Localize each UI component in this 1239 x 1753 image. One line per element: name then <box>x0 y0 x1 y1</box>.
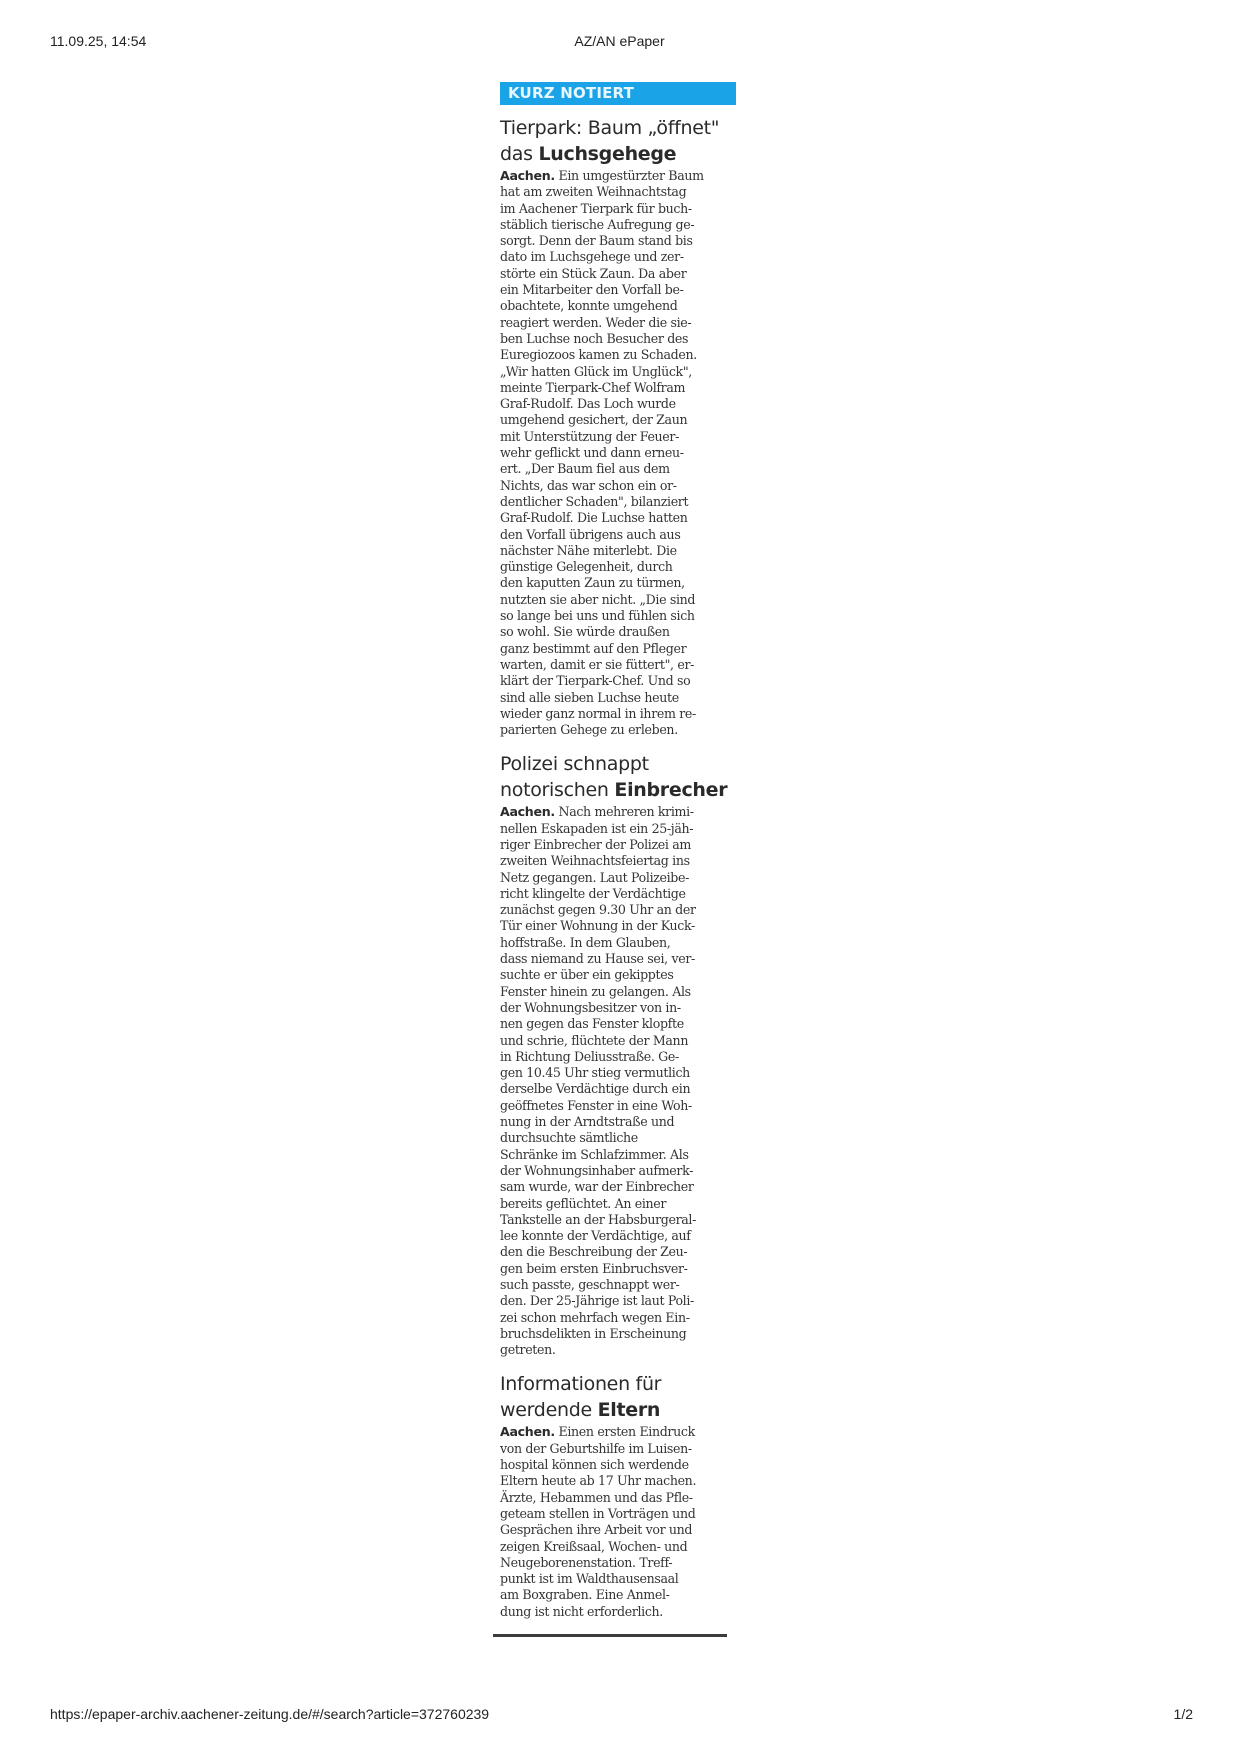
headline-normal-part: notorischen <box>500 779 614 801</box>
body-line: Tür einer Wohnung in der Kuck- <box>500 918 736 934</box>
body-line: lee konnte der Verdächtige, auf <box>500 1228 736 1244</box>
body-line: getreten. <box>500 1342 736 1358</box>
body-line: den Vorfall übrigens auch aus <box>500 527 736 543</box>
body-line: ert. „Der Baum fiel aus dem <box>500 461 736 477</box>
body-line: günstige Gelegenheit, durch <box>500 559 736 575</box>
body-line: mit Unterstützung der Feuer- <box>500 429 736 445</box>
body-line: reagiert werden. Weder die sie- <box>500 315 736 331</box>
body-line: hospital können sich werdende <box>500 1457 736 1473</box>
body-line: riger Einbrecher der Polizei am <box>500 837 736 853</box>
article-tierpark: Tierpark: Baum „öffnet" das Luchsgehege … <box>500 115 736 738</box>
body-first-line: Aachen. Nach mehreren krimi- <box>500 804 736 820</box>
body-line: Eltern heute ab 17 Uhr machen. <box>500 1473 736 1489</box>
print-header: AZ/AN ePaper 11.09.25, 14:54 <box>0 33 1239 53</box>
body-line: bruchsdelikten in Erscheinung <box>500 1326 736 1342</box>
body-line: Euregiozoos kamen zu Schaden. <box>500 347 736 363</box>
body-line: dung ist nicht erforderlich. <box>500 1604 736 1620</box>
print-datetime: 11.09.25, 14:54 <box>50 33 146 49</box>
body-first-line: Aachen. Einen ersten Eindruck <box>500 1424 736 1440</box>
first-line-text: Einen ersten Eindruck <box>555 1424 695 1439</box>
body-line: meinte Tierpark-Chef Wolfram <box>500 380 736 396</box>
body-line: parierten Gehege zu erleben. <box>500 722 736 738</box>
body-line: ganz bestimmt auf den Pfleger <box>500 641 736 657</box>
dateline: Aachen. <box>500 1424 555 1439</box>
body-line: durchsuchte sämtliche <box>500 1130 736 1146</box>
body-line: zweiten Weihnachtsfeiertag ins <box>500 853 736 869</box>
headline-bold-part: Luchsgehege <box>538 143 676 165</box>
body-line: in Richtung Deliusstraße. Ge- <box>500 1049 736 1065</box>
body-line: bereits geflüchtet. An einer <box>500 1196 736 1212</box>
body-line: und schrie, flüchtete der Mann <box>500 1033 736 1049</box>
print-page-title: AZ/AN ePaper <box>0 33 1239 49</box>
headline-line-1: Polizei schnappt <box>500 751 736 777</box>
section-label-kurz-notiert: KURZ NOTIERT <box>500 82 736 105</box>
body-line: „Wir hatten Glück im Unglück", <box>500 364 736 380</box>
body-line: Fenster hinein zu gelangen. Als <box>500 984 736 1000</box>
body-line: der Wohnungsbesitzer von in- <box>500 1000 736 1016</box>
body-line: Graf-Rudolf. Die Luchse hatten <box>500 510 736 526</box>
body-line: den. Der 25-Jährige ist laut Poli- <box>500 1293 736 1309</box>
body-line: Neugeborenenstation. Treff- <box>500 1555 736 1571</box>
dateline: Aachen. <box>500 168 555 183</box>
print-page-number: 1/2 <box>1174 1706 1193 1722</box>
body-line: zei schon mehrfach wegen Ein- <box>500 1310 736 1326</box>
body-line: gen 10.45 Uhr stieg vermutlich <box>500 1065 736 1081</box>
article-polizei: Polizei schnappt notorischen Einbrecher … <box>500 751 736 1358</box>
article-eltern: Informationen für werdende Eltern Aachen… <box>500 1371 736 1620</box>
body-line: umgehend gesichert, der Zaun <box>500 412 736 428</box>
body-line: nächster Nähe miterlebt. Die <box>500 543 736 559</box>
print-footer: https://epaper-archiv.aachener-zeitung.d… <box>0 1706 1239 1726</box>
body-line: dato im Luchsgehege und zer- <box>500 249 736 265</box>
article-body: Aachen. Ein umgestürzter Baum hat am zwe… <box>500 168 736 738</box>
body-line: den kaputten Zaun zu türmen, <box>500 575 736 591</box>
body-line: nen gegen das Fenster klopfte <box>500 1016 736 1032</box>
body-line: dentlicher Schaden", bilanziert <box>500 494 736 510</box>
headline-normal-part: werdende <box>500 1399 598 1421</box>
body-line: Graf-Rudolf. Das Loch wurde <box>500 396 736 412</box>
body-line: Schränke im Schlafzimmer. Als <box>500 1147 736 1163</box>
body-first-line: Aachen. Ein umgestürzter Baum <box>500 168 736 184</box>
body-line: wehr geflickt und dann erneu- <box>500 445 736 461</box>
body-line: zeigen Kreißsaal, Wochen- und <box>500 1539 736 1555</box>
article-body: Aachen. Einen ersten Eindruck von der Ge… <box>500 1424 736 1620</box>
body-line: suchte er über ein gekipptes <box>500 967 736 983</box>
body-line: punkt ist im Waldthausensaal <box>500 1571 736 1587</box>
body-line: klärt der Tierpark-Chef. Und so <box>500 673 736 689</box>
dateline: Aachen. <box>500 804 555 819</box>
body-line: so lange bei uns und fühlen sich <box>500 608 736 624</box>
body-line: ben Luchse noch Besucher des <box>500 331 736 347</box>
headline-line-2: das Luchsgehege <box>500 141 736 167</box>
first-line-text: Ein umgestürzter Baum <box>555 168 704 183</box>
body-line: Ärzte, Hebammen und das Pfle- <box>500 1490 736 1506</box>
body-line: nellen Eskapaden ist ein 25-jäh- <box>500 821 736 837</box>
article-body: Aachen. Nach mehreren krimi- nellen Eska… <box>500 804 736 1358</box>
body-line: ein Mitarbeiter den Vorfall be- <box>500 282 736 298</box>
headline-line-2: werdende Eltern <box>500 1397 736 1423</box>
body-line: sam wurde, war der Einbrecher <box>500 1179 736 1195</box>
body-line: am Boxgraben. Eine Anmel- <box>500 1587 736 1603</box>
body-line: den die Beschreibung der Zeu- <box>500 1244 736 1260</box>
body-line: dass niemand zu Hause sei, ver- <box>500 951 736 967</box>
body-line: Netz gegangen. Laut Polizeibe- <box>500 870 736 886</box>
headline-line-1: Informationen für <box>500 1371 736 1397</box>
body-line: nung in der Arndtstraße und <box>500 1114 736 1130</box>
newspaper-clipping: KURZ NOTIERT Tierpark: Baum „öffnet" das… <box>500 82 736 1637</box>
body-line: so wohl. Sie würde draußen <box>500 624 736 640</box>
body-line: von der Geburtshilfe im Luisen- <box>500 1441 736 1457</box>
body-line: Gesprächen ihre Arbeit vor und <box>500 1522 736 1538</box>
headline-bold-part: Eltern <box>598 1399 661 1421</box>
body-line: sind alle sieben Luchse heute <box>500 690 736 706</box>
article-headline: Informationen für werdende Eltern <box>500 1371 736 1423</box>
body-line: derselbe Verdächtige durch ein <box>500 1081 736 1097</box>
body-line: im Aachener Tierpark für buch- <box>500 201 736 217</box>
body-line: Tankstelle an der Habsburgeral- <box>500 1212 736 1228</box>
body-line: geöffnetes Fenster in eine Woh- <box>500 1098 736 1114</box>
clipping-end-rule <box>493 1634 727 1637</box>
body-line: such passte, geschnappt wer- <box>500 1277 736 1293</box>
headline-bold-part: Einbrecher <box>614 779 727 801</box>
body-line: Nichts, das war schon ein or- <box>500 478 736 494</box>
headline-line-1: Tierpark: Baum „öffnet" <box>500 115 736 141</box>
article-headline: Polizei schnappt notorischen Einbrecher <box>500 751 736 803</box>
headline-normal-part: das <box>500 143 538 165</box>
body-line: geteam stellen in Vorträgen und <box>500 1506 736 1522</box>
body-line: nutzten sie aber nicht. „Die sind <box>500 592 736 608</box>
body-line: zunächst gegen 9.30 Uhr an der <box>500 902 736 918</box>
first-line-text: Nach mehreren krimi- <box>555 804 694 819</box>
headline-line-2: notorischen Einbrecher <box>500 777 736 803</box>
body-line: warten, damit er sie füttert", er- <box>500 657 736 673</box>
body-line: hoffstraße. In dem Glauben, <box>500 935 736 951</box>
body-line: gen beim ersten Einbruchsver- <box>500 1261 736 1277</box>
body-line: obachtete, konnte umgehend <box>500 298 736 314</box>
body-line: sorgt. Denn der Baum stand bis <box>500 233 736 249</box>
body-line: stäblich tierische Aufregung ge- <box>500 217 736 233</box>
body-line: hat am zweiten Weihnachtstag <box>500 184 736 200</box>
article-headline: Tierpark: Baum „öffnet" das Luchsgehege <box>500 115 736 167</box>
body-line: der Wohnungsinhaber aufmerk- <box>500 1163 736 1179</box>
body-line: wieder ganz normal in ihrem re- <box>500 706 736 722</box>
body-line: störte ein Stück Zaun. Da aber <box>500 266 736 282</box>
body-line: richt klingelte der Verdächtige <box>500 886 736 902</box>
print-url: https://epaper-archiv.aachener-zeitung.d… <box>50 1706 489 1722</box>
